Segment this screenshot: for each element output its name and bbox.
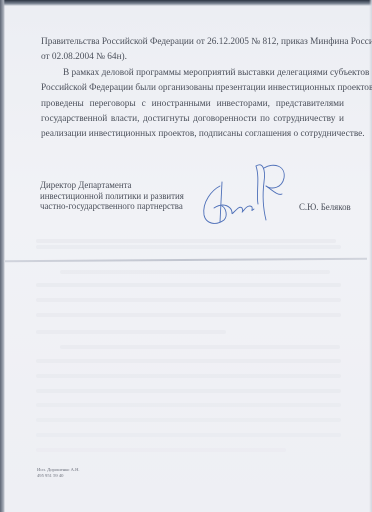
text-line: В рамках деловой программы мероприятий в… <box>41 66 344 81</box>
signer-title-line: частно-государственного партнерства <box>40 201 184 212</box>
scan-left-border <box>0 0 5 512</box>
paragraph-continuation: Правительства Российской Федерации от 26… <box>41 35 344 66</box>
scanned-document-page: Правительства Российской Федерации от 26… <box>0 0 372 512</box>
text-line: реализации инвестиционных проектов, подп… <box>41 127 344 142</box>
text-line: государственной власти, достигнуты догов… <box>41 112 344 127</box>
text-line: Правительства Российской Федерации от 26… <box>41 35 344 50</box>
signer-name: С.Ю. Беляков <box>299 202 351 212</box>
signer-title-line: Директор Департамента <box>40 180 184 191</box>
paper-fold-line <box>5 258 367 263</box>
signer-title-line: инвестиционной политики и развития <box>40 191 184 202</box>
signer-title: Директор Департамента инвестиционной пол… <box>40 180 184 212</box>
scan-top-shadow <box>0 0 372 6</box>
paragraph-business-program: В рамках деловой программы мероприятий в… <box>41 66 344 142</box>
text-line: Российской Федерации были организованы п… <box>41 81 344 96</box>
text-line: от 02.08.2004 № 64н). <box>41 50 344 65</box>
executor-name: Исп. Дорошенко А.Н. <box>37 467 80 473</box>
executor-note: Исп. Дорошенко А.Н. 495 951 59 40 <box>37 467 80 478</box>
handwritten-signature-icon <box>190 160 290 230</box>
executor-phone: 495 951 59 40 <box>37 473 80 479</box>
text-line: проведены переговоры с иностранными инве… <box>41 97 344 112</box>
